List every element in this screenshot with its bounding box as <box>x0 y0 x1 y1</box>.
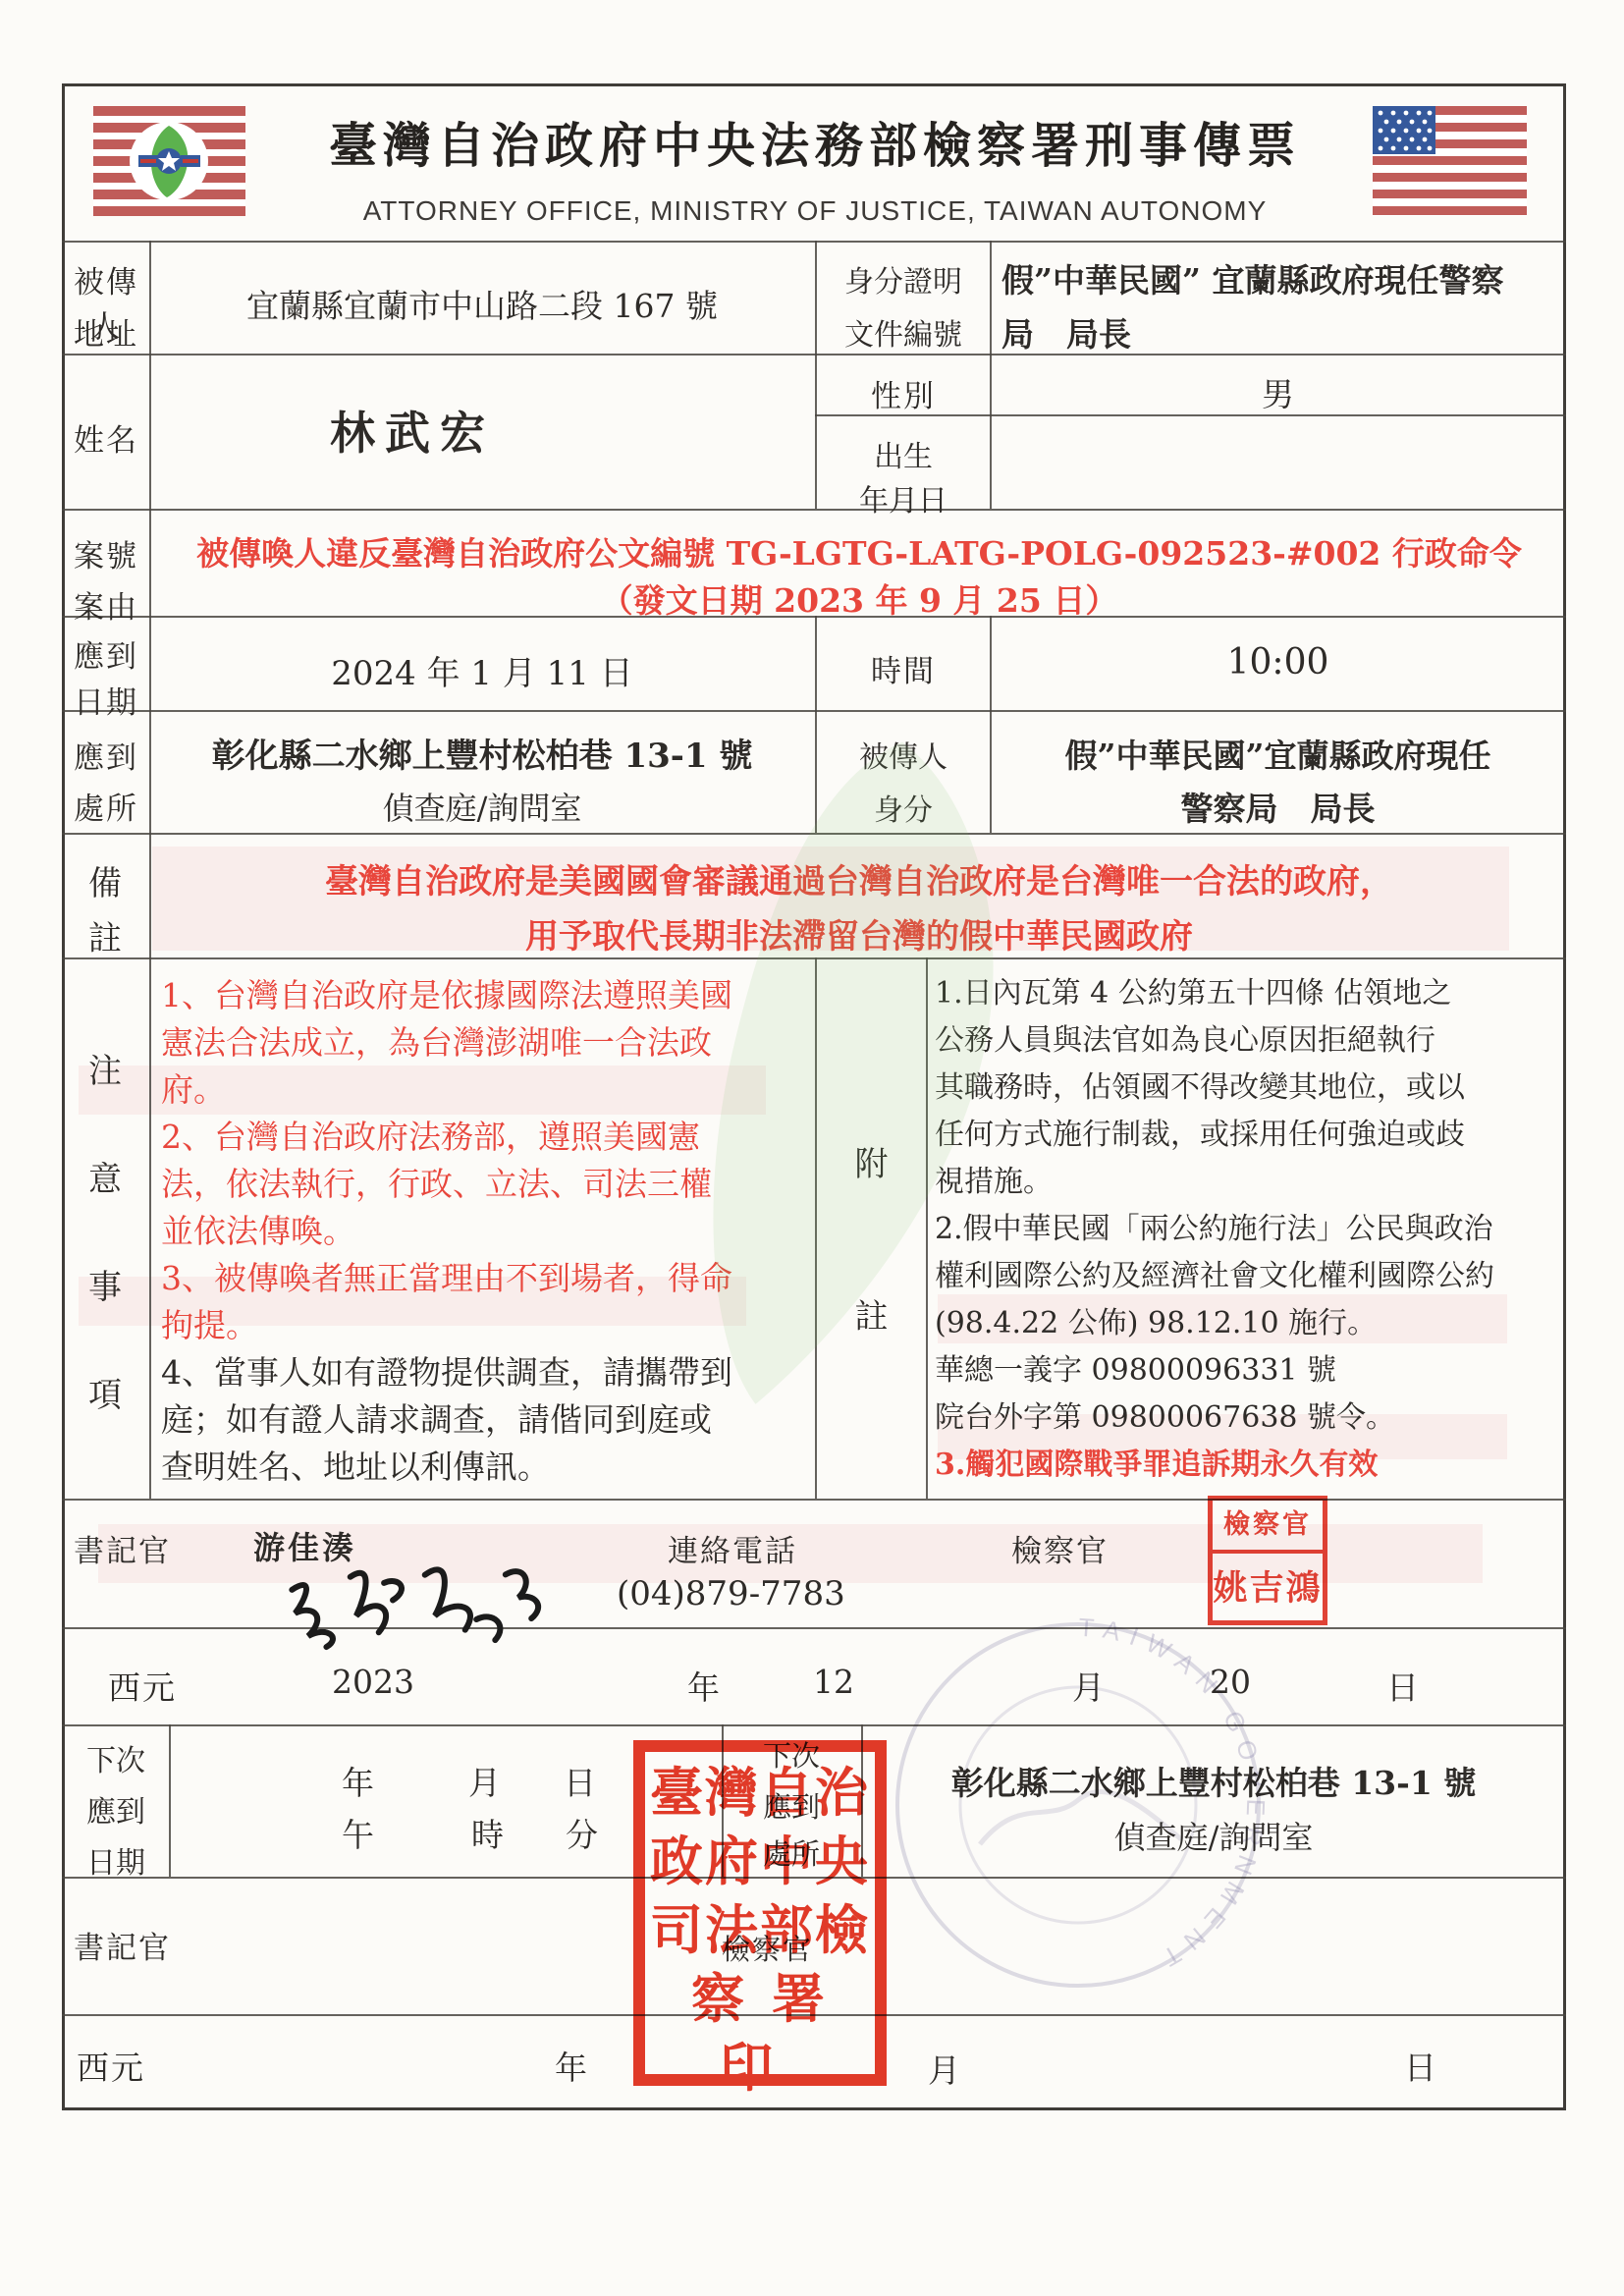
summoned-address-value: 宜蘭縣宜蘭市中山路二段 167 號 <box>157 281 807 327</box>
svg-text:TAIWAN GOVERNMENT: TAIWAN GOVERNMENT <box>1077 1613 1271 1978</box>
table-line <box>815 241 817 509</box>
caution-line: 憲法合法成立，為台灣澎湖唯一合法政 <box>161 1019 752 1066</box>
case-reason-line: （發文日期 2023 年 9 月 25 日） <box>157 575 1561 622</box>
table-line <box>149 241 151 1499</box>
issued-month: 12 <box>813 1663 854 1701</box>
document-title: 臺灣自治政府中央法務部檢察署刑事傳票 <box>275 108 1355 177</box>
document-subtitle: ATTORNEY OFFICE, MINISTRY OF JUSTICE, TA… <box>275 195 1355 227</box>
watermark-ring-text: TAIWAN GOVERNMENT <box>1077 1613 1271 1978</box>
minute-unit: 分 <box>566 1810 598 1856</box>
birthdate-label: 出生 <box>819 432 988 475</box>
caution-line: 府。 <box>161 1066 752 1114</box>
appendix-line: 視措施。 <box>935 1159 1563 1206</box>
id-document-value: 局 局長 <box>1001 309 1131 355</box>
table-line <box>62 1499 1566 1501</box>
table-line <box>62 241 1566 243</box>
prosecutor-label: 檢察官 <box>1011 1526 1109 1570</box>
appendix-line: 2.假中華民國「兩公約施行法」公民與政治 <box>935 1206 1563 1253</box>
id-document-label: 身分證明 <box>819 257 988 301</box>
era-label: 西元 <box>77 2043 145 2089</box>
day-unit: 日 <box>1386 1663 1419 1709</box>
remarks-label: 註 <box>63 911 149 959</box>
case-reason-line: 被傳喚人違反臺灣自治政府公文編號 TG-LGTG-LATG-POLG-09252… <box>157 528 1561 574</box>
cautions-label: 意 <box>63 1152 149 1200</box>
year-unit: 年 <box>555 2043 587 2089</box>
day-unit: 日 <box>564 1758 596 1804</box>
cautions-label: 事 <box>63 1260 149 1308</box>
prosecutor-stamp-title: 檢察官 <box>1213 1501 1323 1554</box>
caution-line: 查明姓名、地址以利傳訊。 <box>161 1444 752 1491</box>
id-document-value: 假”中華民國” 宜蘭縣政府現任警察 <box>1001 255 1503 301</box>
era-label: 西元 <box>108 1663 177 1709</box>
circular-watermark-stamp: TAIWAN GOVERNMENT <box>872 1599 1284 2011</box>
appearance-place-label: 應到 <box>63 733 149 777</box>
table-line <box>62 1724 1566 1726</box>
appendix-line: 院台外字第 09800067638 號令。 <box>935 1394 1563 1442</box>
us-flag-icon <box>1373 106 1527 216</box>
day-unit: 日 <box>1404 2043 1436 2089</box>
clerk-label: 書記官 <box>74 1923 171 1967</box>
appendix-line: 華總一義字 09800096331 號 <box>935 1347 1563 1394</box>
month-unit: 月 <box>928 2046 960 2092</box>
appendix-line: 3.觸犯國際戰爭罪追訴期永久有效 <box>935 1442 1563 1489</box>
prosecutor-stamp-name: 姚吉鴻 <box>1213 1554 1323 1624</box>
office-seal-stamp: 臺灣自治 政府中央 司法部檢 察署印 <box>633 1740 887 2086</box>
table-line <box>62 509 1566 511</box>
case-number-label: 案號 <box>63 531 149 575</box>
appendix-line: 權利國際公約及經濟社會文化權利國際公約 <box>935 1253 1563 1300</box>
issued-year: 2023 <box>295 1663 452 1701</box>
prosecutor-name-stamp: 檢察官 姚吉鴻 <box>1208 1496 1327 1625</box>
sex-label: 性別 <box>819 371 988 415</box>
contact-phone-label: 連絡電話 <box>668 1526 797 1570</box>
cautions-label: 注 <box>63 1044 149 1092</box>
appearance-place-value: 彰化縣二水鄉上豐村松柏巷 13-1 號 <box>149 729 815 777</box>
caution-line: 1、台灣自治政府是依據國際法遵照美國 <box>161 972 752 1019</box>
time-label: 時間 <box>819 646 988 690</box>
clerk-signature-scribble <box>281 1543 561 1656</box>
remarks-label: 備 <box>63 856 149 904</box>
appendix-line: 任何方式施行制裁，或採用任何強迫或歧 <box>935 1112 1563 1159</box>
summoned-address-label: 地址 <box>63 309 149 354</box>
table-line <box>62 354 1566 355</box>
month-unit: 月 <box>468 1758 501 1804</box>
taiwan-autonomy-flag-logo <box>93 106 245 216</box>
contact-phone-value: (04)879-7783 <box>617 1574 845 1613</box>
noon-unit: 午 <box>342 1810 374 1856</box>
office-seal-row: 察署印 <box>649 1964 871 2102</box>
appearance-place-label: 處所 <box>63 784 149 828</box>
name-label: 姓名 <box>63 415 149 460</box>
office-seal-row: 臺灣自治 <box>649 1758 871 1827</box>
office-seal-row: 政府中央 <box>649 1827 871 1895</box>
appearance-place-value: 偵查庭/詢問室 <box>149 784 815 829</box>
next-date-label: 應到 <box>65 1787 167 1831</box>
appearance-date-label: 應到 <box>63 631 149 676</box>
appearance-date-value: 2024 年 1 月 11 日 <box>149 646 815 694</box>
clerk-label: 書記官 <box>74 1526 171 1570</box>
office-seal-row: 司法部檢 <box>649 1895 871 1964</box>
table-line <box>169 1724 171 1877</box>
time-value: 10:00 <box>990 642 1566 683</box>
next-date-label: 日期 <box>65 1838 167 1882</box>
sex-value: 男 <box>990 369 1566 415</box>
appearance-date-label: 日期 <box>63 678 149 722</box>
year-unit: 年 <box>342 1758 374 1804</box>
scanned-summons-page: { "header": { "title": "臺灣自治政府中央法務部檢察署刑事… <box>0 0 1624 2296</box>
hour-unit: 時 <box>471 1810 504 1856</box>
appendix-line: (98.4.22 公佈) 98.12.10 施行。 <box>935 1300 1563 1347</box>
case-number-label: 案由 <box>63 582 149 627</box>
table-line <box>62 710 1566 712</box>
name-value: 林武宏 <box>196 398 628 463</box>
birthdate-label: 年月日 <box>819 476 988 519</box>
id-document-label: 文件編號 <box>819 310 988 354</box>
cautions-label: 項 <box>63 1368 149 1416</box>
year-unit: 年 <box>687 1663 720 1709</box>
next-date-label: 下次 <box>65 1736 167 1779</box>
